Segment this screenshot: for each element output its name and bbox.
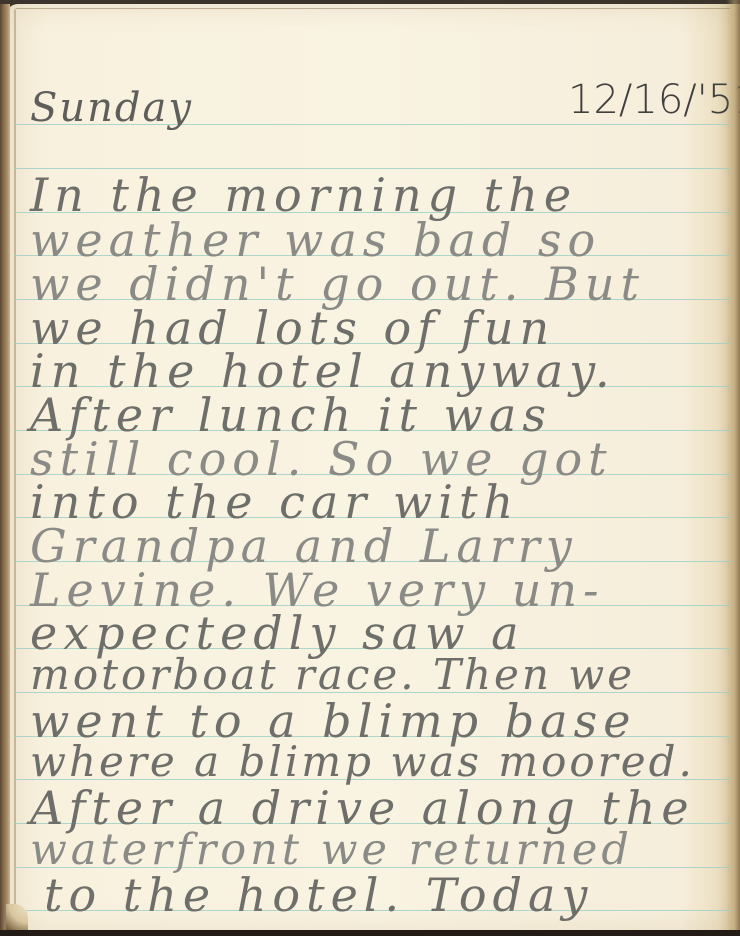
- diary-line: to the hotel. Today: [44, 872, 593, 918]
- diary-line: motorboat race. Then we: [30, 654, 635, 696]
- page-top-edge: [14, 8, 730, 11]
- notebook-binding: [0, 4, 10, 936]
- page-margin-edge: [14, 10, 16, 910]
- entry-day: Sunday: [30, 88, 193, 128]
- entry-date: 12/16/'51: [568, 80, 740, 120]
- diary-line: waterfront we returned: [30, 829, 633, 872]
- page-right-edge-shadow: [726, 0, 740, 936]
- diary-line: In the morning the: [30, 172, 577, 218]
- scanned-diary-page: Sunday 12/16/'51 In the morning the weat…: [0, 0, 740, 936]
- scan-bottom-edge: [0, 930, 740, 936]
- diary-line: where a blimp was moored.: [30, 741, 695, 783]
